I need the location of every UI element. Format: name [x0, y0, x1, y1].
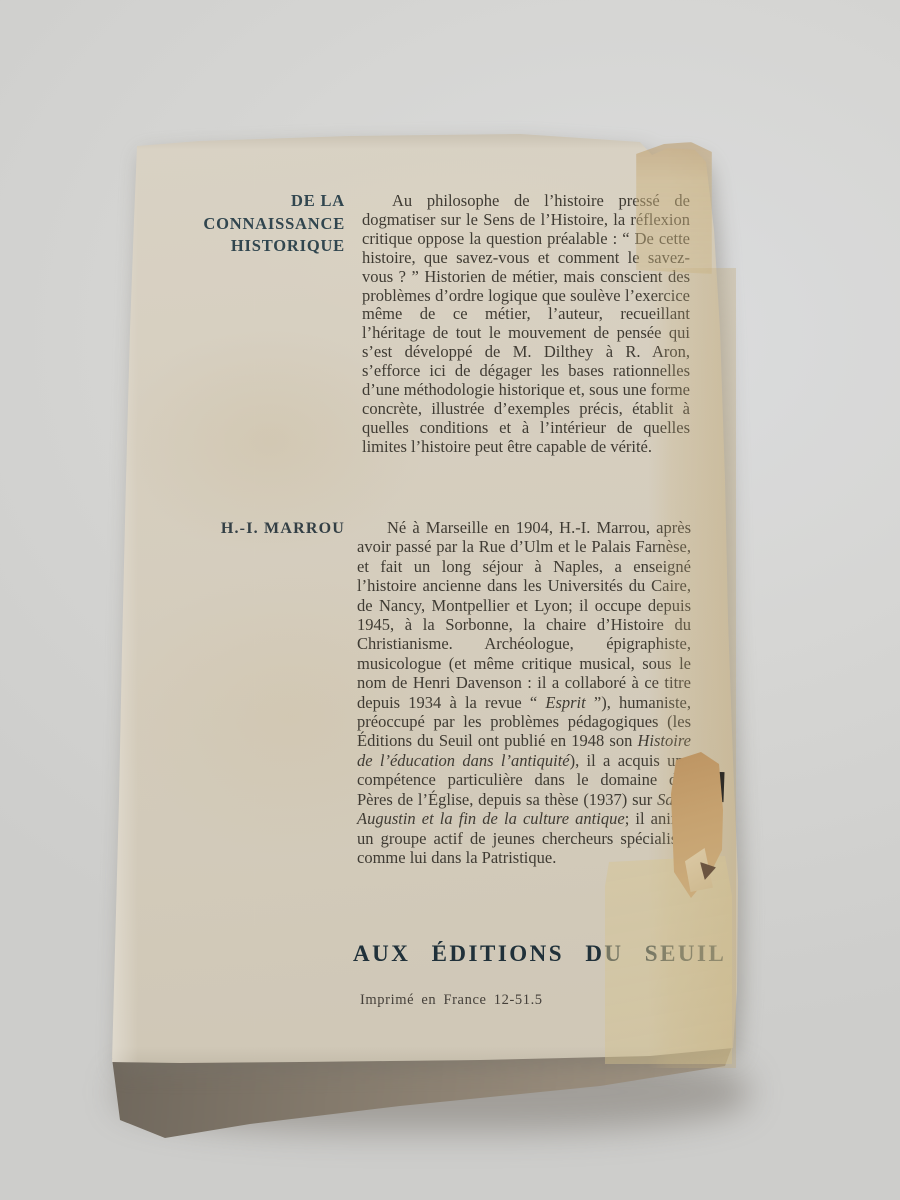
- tape-top-right: [636, 142, 712, 274]
- book-back-cover-photo: DE LA CONNAISSANCE HISTORIQUE Au philoso…: [0, 0, 900, 1200]
- title-line-1: DE LA: [150, 190, 345, 213]
- author-name: H.-I. MARROU: [150, 520, 345, 538]
- bio-run-italic: Esprit: [545, 693, 585, 712]
- book-title: DE LA CONNAISSANCE HISTORIQUE: [150, 190, 345, 258]
- author-bio-paragraph: Né à Marseille en 1904, H.-I. Marrou, ap…: [357, 518, 691, 867]
- title-line-2: CONNAISSANCE: [150, 213, 345, 236]
- bio-run: Né à Marseille en 1904, H.-I. Marrou, ap…: [357, 518, 691, 712]
- tape-bottom-right-patch: [605, 856, 732, 1064]
- title-line-3: HISTORIQUE: [150, 235, 345, 258]
- printed-in-france-note: Imprimé en France 12-51.5: [360, 992, 543, 1009]
